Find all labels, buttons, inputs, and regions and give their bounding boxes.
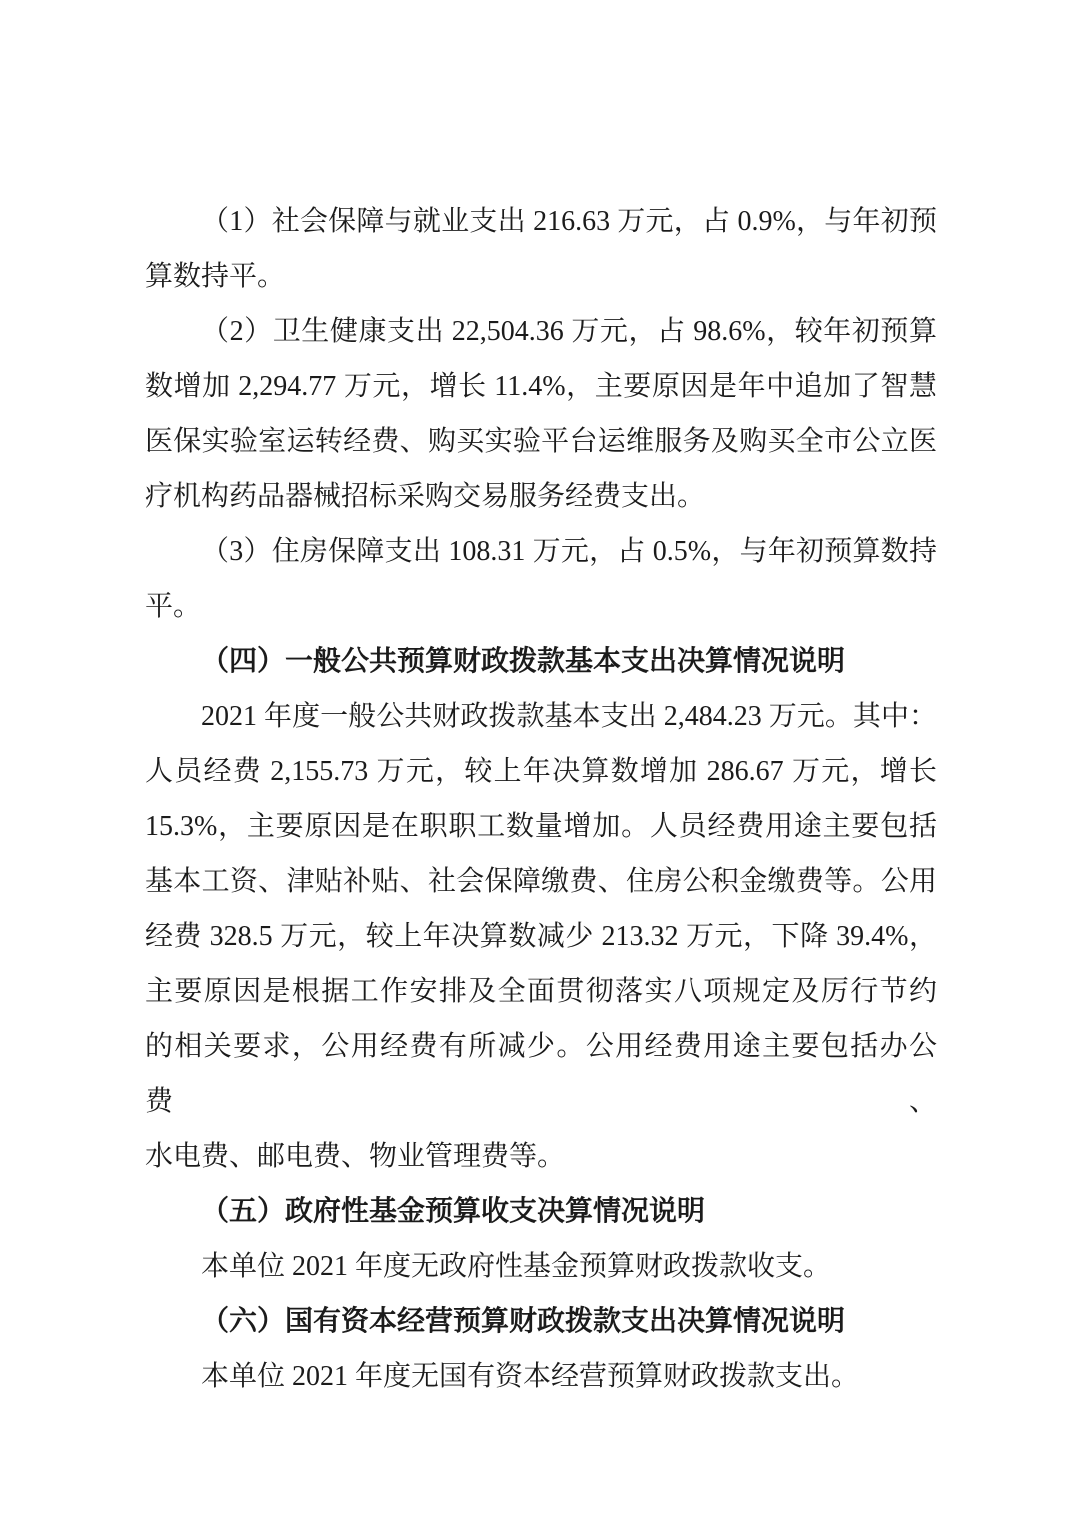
body-paragraph: 本单位 2021 年度无国有资本经营预算财政拨款支出。 bbox=[145, 1349, 937, 1404]
body-paragraph: （1）社会保障与就业支出 216.63 万元，占 0.9%，与年初预算数持平。 bbox=[145, 194, 937, 304]
text-line: 人员经费 2,155.73 万元，较上年决算数增加 286.67 万元，增长 bbox=[145, 744, 937, 799]
text-line: 医保实验室运转经费、购买实验平台运维服务及购买全市公立医 bbox=[145, 414, 937, 469]
text-line: 2021 年度一般公共财政拨款基本支出 2,484.23 万元。其中： bbox=[145, 689, 937, 744]
text-line: 平。 bbox=[145, 579, 937, 634]
text-line: 本单位 2021 年度无政府性基金预算财政拨款收支。 bbox=[145, 1239, 937, 1294]
text-line: 疗机构药品器械招标采购交易服务经费支出。 bbox=[145, 469, 937, 524]
text-line: 的相关要求，公用经费有所减少。公用经费用途主要包括办公费、 bbox=[145, 1019, 937, 1129]
text-line: （3）住房保障支出 108.31 万元，占 0.5%，与年初预算数持 bbox=[145, 524, 937, 579]
text-line: 算数持平。 bbox=[145, 249, 937, 304]
document-content: （1）社会保障与就业支出 216.63 万元，占 0.9%，与年初预算数持平。（… bbox=[145, 194, 937, 1404]
body-paragraph: 2021 年度一般公共财政拨款基本支出 2,484.23 万元。其中：人员经费 … bbox=[145, 689, 937, 1184]
section-heading: （六）国有资本经营预算财政拨款支出决算情况说明 bbox=[145, 1294, 937, 1349]
text-line: 基本工资、津贴补贴、社会保障缴费、住房公积金缴费等。公用 bbox=[145, 854, 937, 909]
section-heading: （四）一般公共预算财政拨款基本支出决算情况说明 bbox=[145, 634, 937, 689]
section-heading: （五）政府性基金预算收支决算情况说明 bbox=[145, 1184, 937, 1239]
body-paragraph: （3）住房保障支出 108.31 万元，占 0.5%，与年初预算数持平。 bbox=[145, 524, 937, 634]
text-line: 主要原因是根据工作安排及全面贯彻落实八项规定及厉行节约 bbox=[145, 964, 937, 1019]
text-line: （五）政府性基金预算收支决算情况说明 bbox=[145, 1184, 937, 1239]
text-line: 本单位 2021 年度无国有资本经营预算财政拨款支出。 bbox=[145, 1349, 937, 1404]
text-line: 15.3%，主要原因是在职职工数量增加。人员经费用途主要包括 bbox=[145, 799, 937, 854]
text-line: （1）社会保障与就业支出 216.63 万元，占 0.9%，与年初预 bbox=[145, 194, 937, 249]
text-line: （六）国有资本经营预算财政拨款支出决算情况说明 bbox=[145, 1294, 937, 1349]
text-line: （2）卫生健康支出 22,504.36 万元，占 98.6%，较年初预算 bbox=[145, 304, 937, 359]
text-line: 数增加 2,294.77 万元，增长 11.4%，主要原因是年中追加了智慧 bbox=[145, 359, 937, 414]
text-line: 经费 328.5 万元，较上年决算数减少 213.32 万元，下降 39.4%， bbox=[145, 909, 937, 964]
body-paragraph: 本单位 2021 年度无政府性基金预算财政拨款收支。 bbox=[145, 1239, 937, 1294]
text-line: （四）一般公共预算财政拨款基本支出决算情况说明 bbox=[145, 634, 937, 689]
body-paragraph: （2）卫生健康支出 22,504.36 万元，占 98.6%，较年初预算数增加 … bbox=[145, 304, 937, 524]
text-line: 水电费、邮电费、物业管理费等。 bbox=[145, 1129, 937, 1184]
document-page: （1）社会保障与就业支出 216.63 万元，占 0.9%，与年初预算数持平。（… bbox=[0, 0, 1075, 1521]
